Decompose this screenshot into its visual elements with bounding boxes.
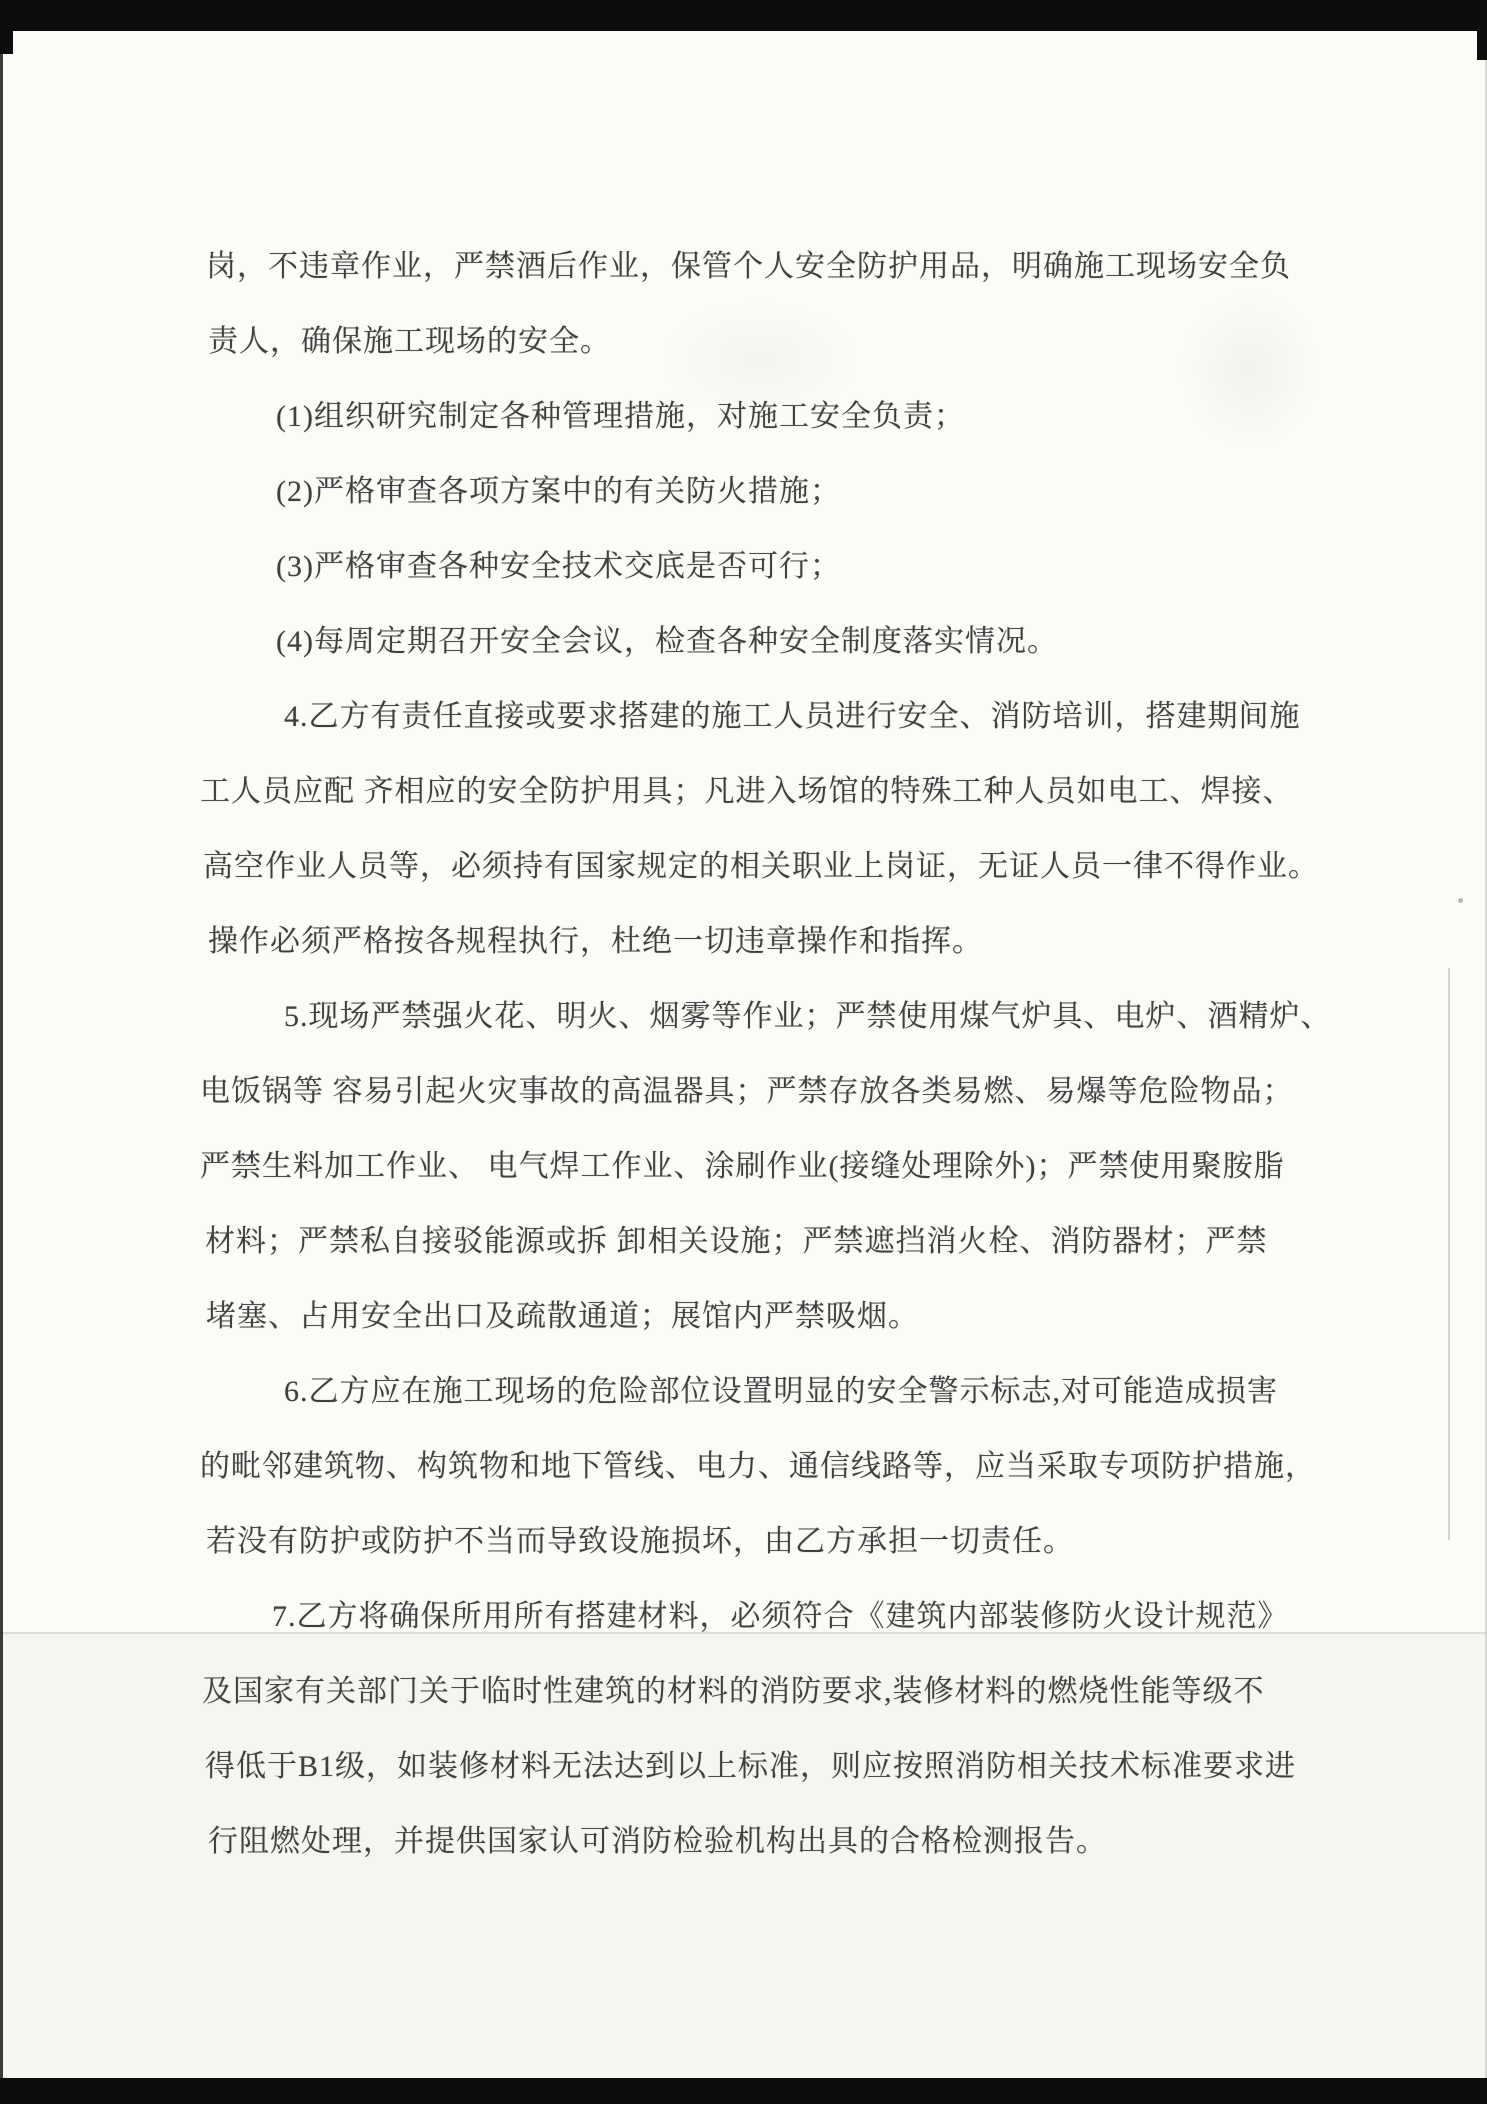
text-line: 严禁生料加工作业、 电气焊工作业、涂刷作业(接缝处理除外)；严禁使用聚胺脂 [200,1146,1284,1188]
text-line: (4)每周定期召开安全会议，检查各种安全制度落实情况。 [276,621,1058,663]
scan-top-edge-artifact [0,0,1487,31]
text-line: 岗，不违章作业，严禁酒后作业，保管个人安全防护用品，明确施工现场安全负 [206,246,1291,288]
text-line: 6.乙方应在施工现场的危险部位设置明显的安全警示标志,对可能造成损害 [284,1371,1278,1413]
text-line: 责人，确保施工现场的安全。 [208,321,611,363]
text-line: (2)严格审查各项方案中的有关防火措施； [276,471,841,513]
scan-smudge-artifact [1180,290,1320,450]
text-line: 工人员应配 齐相应的安全防护用具；凡进入场馆的特殊工种人员如电工、焊接、 [200,771,1294,813]
scanned-document-page: 岗，不违章作业，严禁酒后作业，保管个人安全防护用品，明确施工现场安全负 责人，确… [0,0,1487,2104]
scan-speck-artifact [1458,898,1463,903]
text-line: 操作必须严格按各规程执行，杜绝一切违章操作和指挥。 [208,921,983,963]
text-line: 4.乙方有责任直接或要求搭建的施工人员进行安全、消防培训，搭建期间施 [284,696,1301,738]
text-line: (3)严格审查各种安全技术交底是否可行； [276,546,841,588]
text-line: 的毗邻建筑物、构筑物和地下管线、电力、通信线路等，应当采取专项防护措施， [200,1446,1316,1488]
text-line: (1)组织研究制定各种管理措施，对施工安全负责； [276,396,965,438]
text-line: 行阻燃处理，并提供国家认可消防检验机构出具的合格检测报告。 [208,1821,1107,1863]
scan-left-edge-artifact [0,0,3,2104]
text-line: 得低于B1级，如装修材料无法达到以上标准，则应按照消防相关技术标准要求进 [205,1746,1296,1788]
scan-top-right-corner-artifact [1477,0,1487,60]
scan-top-left-corner-artifact [0,0,13,54]
text-line: 及国家有关部门关于临时性建筑的材料的消防要求,装修材料的燃烧性能等级不 [202,1671,1265,1713]
text-line: 5.现场严禁强火花、明火、烟雾等作业；严禁使用煤气炉具、电炉、酒精炉、 [284,996,1332,1038]
text-line: 堵塞、占用安全出口及疏散通道；展馆内严禁吸烟。 [206,1296,919,1338]
scan-bottom-edge-artifact [0,2078,1487,2104]
text-line: 材料；严禁私自接驳能源或拆 卸相关设施；严禁遮挡消火栓、消防器材；严禁 [205,1221,1268,1263]
text-line: 电饭锅等 容易引起火灾事故的高温器具；严禁存放各类易燃、易爆等危险物品； [200,1071,1294,1113]
text-line: 若没有防护或防护不当而导致设施损坏，由乙方承担一切责任。 [206,1521,1074,1563]
text-line: 7.乙方将确保所用所有搭建材料，必须符合《建筑内部装修防火设计规范》 [272,1596,1289,1638]
text-line: 高空作业人员等，必须持有国家规定的相关职业上岗证，无证人员一律不得作业。 [203,846,1319,888]
scan-crease-line-artifact [1448,968,1450,1540]
